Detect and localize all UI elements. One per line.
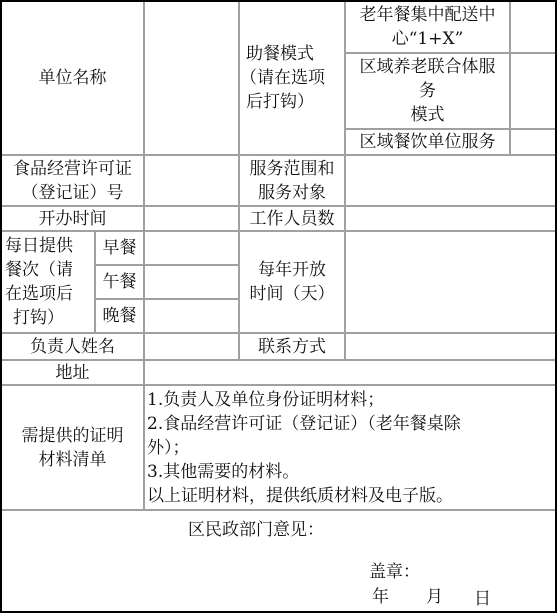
opinion-label: 区民政部门意见： (188, 515, 324, 540)
license-label: 食品经营许可证 （登记证）号 (2, 156, 143, 205)
daily-meals-label-line: 打钩） (5, 306, 73, 330)
meal-mode-label-line: 后打钩） (246, 90, 325, 114)
meal-mode-option-text: 区域餐饮单位服务 (360, 130, 496, 154)
date-day-label: 日 (474, 584, 491, 609)
address-field[interactable] (145, 361, 555, 384)
unit-name-label: 单位名称 (2, 2, 143, 154)
meal-label-text: 早餐 (103, 236, 137, 260)
date-year-label: 年 (372, 582, 389, 607)
contact-label-text: 联系方式 (258, 335, 326, 359)
contact-label: 联系方式 (240, 334, 344, 359)
materials-label-line: 材料清单 (22, 448, 124, 472)
address-label-text: 地址 (56, 361, 90, 385)
materials-list-item: 3.其他需要的材料。 (147, 460, 299, 484)
meal-mode-option-label: 区域餐饮单位服务 (346, 130, 509, 154)
materials-list-item: 1.负责人及单位身份证明材料； (147, 388, 384, 412)
meal-mode-label: 助餐模式 （请在选项 后打钩） (246, 2, 344, 154)
materials-list-item: 以上证明材料，提供纸质材料及电子版。 (147, 484, 453, 508)
materials-list-item: 外）； (147, 436, 190, 460)
service-scope-label-line: 服务对象 (250, 181, 335, 205)
open-date-label-text: 开办时间 (39, 207, 107, 231)
meal-lunch-label: 午餐 (96, 266, 143, 298)
meal-label-text: 晚餐 (103, 304, 137, 328)
unit-name-field[interactable] (145, 2, 238, 154)
daily-meals-label-line: 在选项后 (5, 282, 73, 306)
opinion-section[interactable]: 区民政部门意见： 盖章： 年 月 日 (2, 511, 555, 611)
meal-label-text: 午餐 (103, 270, 137, 294)
annual-open-label-line: 时间（天） (250, 282, 335, 306)
meal-mode-option-checkbox[interactable] (511, 130, 555, 154)
meal-mode-option-checkbox[interactable] (511, 2, 555, 52)
person-in-charge-label: 负责人姓名 (2, 334, 143, 359)
service-scope-label: 服务范围和 服务对象 (240, 156, 344, 205)
unit-name-label-text: 单位名称 (39, 66, 107, 90)
date-month-label: 月 (426, 582, 443, 607)
materials-list-item: 2.食品经营许可证（登记证）（老年餐桌除 (147, 412, 461, 436)
staff-count-label: 工作人员数 (240, 207, 344, 230)
materials-label-line: 需提供的证明 (22, 424, 124, 448)
meal-dinner-label: 晚餐 (96, 300, 143, 332)
meal-breakfast-checkbox[interactable] (145, 232, 238, 264)
materials-label: 需提供的证明 材料清单 (2, 386, 143, 509)
person-in-charge-label-text: 负责人姓名 (30, 335, 115, 359)
meal-mode-option-text: 模式 (360, 103, 496, 127)
annual-open-label: 每年开放 时间（天） (240, 232, 344, 332)
staff-count-field[interactable] (346, 207, 555, 230)
meal-breakfast-label: 早餐 (96, 232, 143, 264)
materials-list: 1.负责人及单位身份证明材料； 2.食品经营许可证（登记证）（老年餐桌除 外）；… (145, 386, 555, 509)
contact-field[interactable] (346, 334, 555, 359)
meal-dinner-checkbox[interactable] (145, 300, 238, 332)
address-label: 地址 (2, 361, 143, 384)
staff-count-label-text: 工作人员数 (250, 207, 335, 231)
license-label-line: 食品经营许可证 (13, 157, 132, 181)
meal-mode-option-text: 老年餐集中配送中 (360, 3, 496, 27)
service-scope-field[interactable] (346, 156, 555, 205)
meal-mode-label-line: 助餐模式 (246, 42, 325, 66)
daily-meals-label: 每日提供 餐次（请 在选项后 打钩） (5, 232, 94, 332)
daily-meals-label-line: 每日提供 (5, 234, 73, 258)
license-number-field[interactable] (145, 156, 238, 205)
service-scope-label-line: 服务范围和 (250, 157, 335, 181)
annual-open-days-field[interactable] (346, 232, 555, 332)
meal-mode-option-label: 老年餐集中配送中 心“1+X” (346, 2, 509, 52)
daily-meals-label-line: 餐次（请 (5, 258, 73, 282)
person-in-charge-field[interactable] (145, 334, 238, 359)
meal-mode-label-line: （请在选项 (240, 66, 325, 90)
meal-mode-option-text: 务 (360, 79, 496, 103)
license-label-line: （登记证）号 (13, 181, 132, 205)
stamp-label: 盖章： (369, 557, 420, 582)
meal-mode-option-checkbox[interactable] (511, 54, 555, 128)
annual-open-label-line: 每年开放 (250, 258, 335, 282)
meal-lunch-checkbox[interactable] (145, 266, 238, 298)
meal-mode-option-label: 区域养老联合体服 务 模式 (346, 54, 509, 128)
meal-mode-option-text: 区域养老联合体服 (360, 55, 496, 79)
open-date-field[interactable] (145, 207, 238, 230)
open-date-label: 开办时间 (2, 207, 143, 230)
meal-mode-option-text: 心“1+X” (360, 27, 496, 51)
